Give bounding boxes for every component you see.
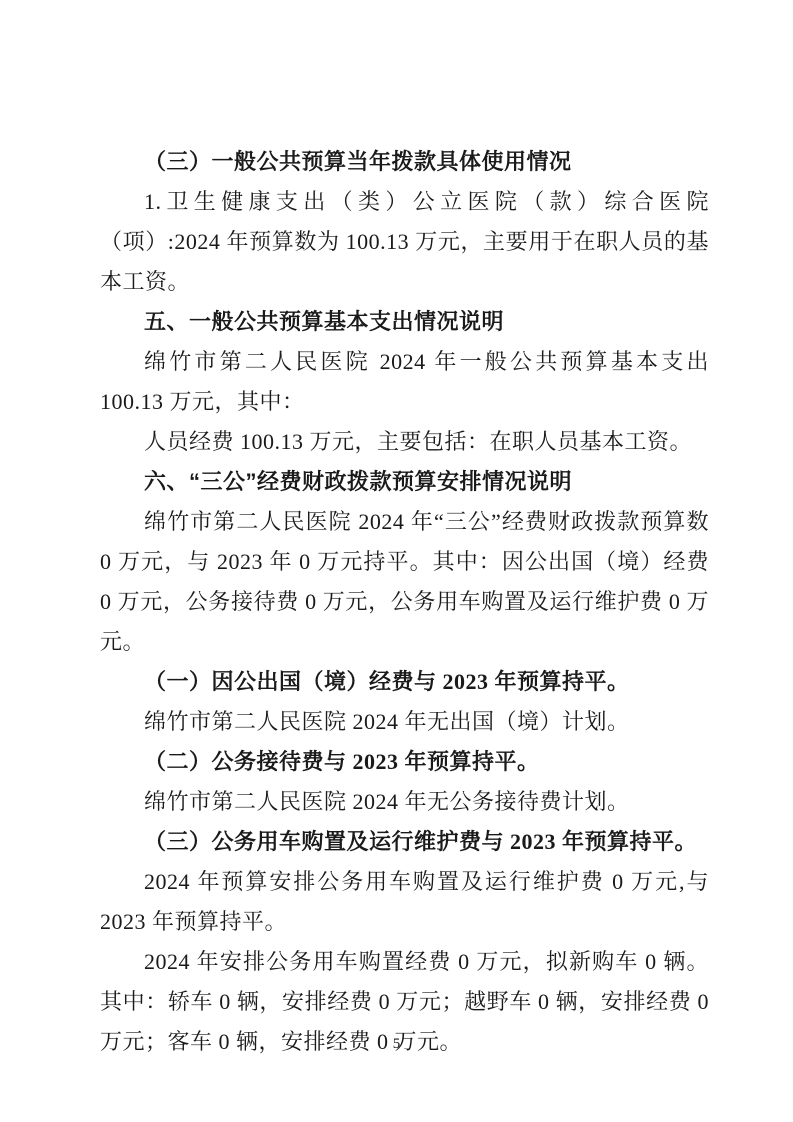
paragraph-vehicle-budget: 2024 年预算安排公务用车购置及运行维护费 0 万元,与 2023 年预算持平… [100,862,709,942]
heading-basic-expenditure: 五、一般公共预算基本支出情况说明 [100,302,709,342]
paragraph-overseas-trips: 绵竹市第二人民医院 2024 年无出国（境）计划。 [100,702,709,742]
page-number: 5 [0,1034,793,1054]
paragraph-health-expenditure: 1.卫生健康支出（类）公立医院（款）综合医院（项）:2024 年预算数为 100… [100,182,709,302]
heading-official-reception: （二）公务接待费与 2023 年预算持平。 [100,742,709,782]
paragraph-basic-expenditure: 绵竹市第二人民医院 2024 年一般公共预算基本支出 100.13 万元，其中： [100,342,709,422]
heading-vehicle-funds: （三）公务用车购置及运行维护费与 2023 年预算持平。 [100,822,709,862]
document-page: （三）一般公共预算当年拨款具体使用情况 1.卫生健康支出（类）公立医院（款）综合… [0,0,793,1122]
heading-allocation-usage: （三）一般公共预算当年拨款具体使用情况 [100,142,709,182]
paragraph-personnel-funds: 人员经费 100.13 万元，主要包括：在职人员基本工资。 [100,422,709,462]
heading-overseas-trips: （一）因公出国（境）经费与 2023 年预算持平。 [100,662,709,702]
heading-three-public-funds: 六、“三公”经费财政拨款预算安排情况说明 [100,462,709,502]
paragraph-three-public-funds: 绵竹市第二人民医院 2024 年“三公”经费财政拨款预算数 0 万元，与 202… [100,502,709,662]
paragraph-official-reception: 绵竹市第二人民医院 2024 年无公务接待费计划。 [100,782,709,822]
document-body: （三）一般公共预算当年拨款具体使用情况 1.卫生健康支出（类）公立医院（款）综合… [100,142,709,1062]
